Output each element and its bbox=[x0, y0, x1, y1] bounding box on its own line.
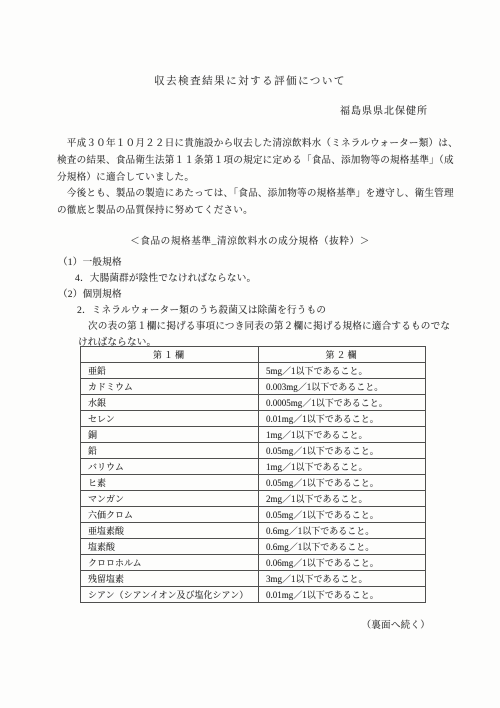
limit-cell: 3mg／1以下であること。 bbox=[259, 571, 426, 587]
limit-cell: 0.05mg／1以下であること。 bbox=[259, 443, 426, 459]
table-row: 水銀 0.0005mg／1以下であること。 bbox=[81, 395, 426, 411]
paragraph1-line3: 分規格）に適合していました。 bbox=[57, 172, 194, 184]
issuing-organization: 福島県県北保健所 bbox=[340, 106, 428, 118]
table-row: 亜鉛 5mg／1以下であること。 bbox=[81, 363, 426, 379]
column-header-substance: 第１欄 bbox=[81, 347, 259, 363]
paragraph2-line2: の徹底と製品の品質保持に努めてください。 bbox=[57, 205, 253, 217]
table-row: シアン（シアンイオン及び塩化シアン） 0.01mg／1以下であること。 bbox=[81, 587, 426, 603]
substance-cell: 亜鉛 bbox=[81, 363, 259, 379]
component-spec-table: 第１欄 第２欄 亜鉛 5mg／1以下であること。 カドミウム 0.003mg／1… bbox=[80, 346, 426, 603]
table-row: 鉛 0.05mg／1以下であること。 bbox=[81, 443, 426, 459]
limit-cell: 0.05mg／1以下であること。 bbox=[259, 507, 426, 523]
paragraph2-line1: 今後とも、製品の製造にあたっては、「食品、添加物等の規格基準」を遵守し、衛生管理 bbox=[57, 188, 454, 200]
individual-spec-item: 2．ミネラルウォーター類のうち殺菌又は除菌を行うもの bbox=[77, 305, 326, 317]
substance-cell: 六価クロム bbox=[81, 507, 259, 523]
section-heading: ＜食品の規格基準_清涼飲料水の成分規格（抜粋）＞ bbox=[0, 236, 500, 248]
substance-cell: 水銀 bbox=[81, 395, 259, 411]
general-spec-item: 4．大腸菌群が陰性でなければならない。 bbox=[75, 273, 256, 285]
table-row: セレン 0.01mg／1以下であること。 bbox=[81, 411, 426, 427]
limit-cell: 1mg／1以下であること。 bbox=[259, 459, 426, 475]
table-row: 亜塩素酸 0.6mg／1以下であること。 bbox=[81, 523, 426, 539]
table-row: 銅 1mg／1以下であること。 bbox=[81, 427, 426, 443]
limit-cell: 0.6mg／1以下であること。 bbox=[259, 539, 426, 555]
limit-cell: 0.6mg／1以下であること。 bbox=[259, 523, 426, 539]
document-title: 収去検査結果に対する評価について bbox=[0, 76, 500, 88]
table-row: クロロホルム 0.06mg／1以下であること。 bbox=[81, 555, 426, 571]
substance-cell: ヒ素 bbox=[81, 475, 259, 491]
limit-cell: 0.05mg／1以下であること。 bbox=[259, 475, 426, 491]
paragraph1-line2: 検査の結果、食品衛生法第１１条第１項の規定に定める「食品、添加物等の規格基準」（… bbox=[57, 155, 454, 167]
substance-cell: 亜塩素酸 bbox=[81, 523, 259, 539]
limit-cell: 1mg／1以下であること。 bbox=[259, 427, 426, 443]
limit-cell: 0.01mg／1以下であること。 bbox=[259, 411, 426, 427]
limit-cell: 0.0005mg／1以下であること。 bbox=[259, 395, 426, 411]
limit-cell: 0.06mg／1以下であること。 bbox=[259, 555, 426, 571]
individual-spec-note-line1: 次の表の第１欄に掲げる事項につき同表の第２欄に掲げる規格に適合するものでな bbox=[88, 321, 450, 333]
table-row: 六価クロム 0.05mg／1以下であること。 bbox=[81, 507, 426, 523]
table-row: カドミウム 0.003mg／1以下であること。 bbox=[81, 379, 426, 395]
limit-cell: 0.01mg／1以下であること。 bbox=[259, 587, 426, 603]
limit-cell: 0.003mg／1以下であること。 bbox=[259, 379, 426, 395]
individual-spec-label: （2）個別規格 bbox=[58, 289, 122, 301]
table-row: 残留塩素 3mg／1以下であること。 bbox=[81, 571, 426, 587]
substance-cell: バリウム bbox=[81, 459, 259, 475]
substance-cell: セレン bbox=[81, 411, 259, 427]
substance-cell: カドミウム bbox=[81, 379, 259, 395]
substance-cell: 残留塩素 bbox=[81, 571, 259, 587]
limit-cell: 2mg／1以下であること。 bbox=[259, 491, 426, 507]
substance-cell: クロロホルム bbox=[81, 555, 259, 571]
substance-cell: シアン（シアンイオン及び塩化シアン） bbox=[81, 587, 259, 603]
substance-cell: 塩素酸 bbox=[81, 539, 259, 555]
table-row: マンガン 2mg／1以下であること。 bbox=[81, 491, 426, 507]
table-row: 塩素酸 0.6mg／1以下であること。 bbox=[81, 539, 426, 555]
paragraph1-line1: 平成３０年１０月２２日に貴施設から収去した清涼飲料水（ミネラルウォーター類）は、 bbox=[57, 138, 458, 150]
limit-cell: 5mg／1以下であること。 bbox=[259, 363, 426, 379]
general-spec-label: （1）一般規格 bbox=[58, 257, 122, 269]
substance-cell: マンガン bbox=[81, 491, 259, 507]
column-header-limit: 第２欄 bbox=[259, 347, 426, 363]
table-row: ヒ素 0.05mg／1以下であること。 bbox=[81, 475, 426, 491]
table-row: バリウム 1mg／1以下であること。 bbox=[81, 459, 426, 475]
scanned-document-page: 収去検査結果に対する評価について 福島県県北保健所 平成３０年１０月２２日に貴施… bbox=[0, 0, 500, 708]
continues-on-back-note: （裏面へ続く） bbox=[361, 620, 430, 632]
substance-cell: 銅 bbox=[81, 427, 259, 443]
table-header-row: 第１欄 第２欄 bbox=[81, 347, 426, 363]
substance-cell: 鉛 bbox=[81, 443, 259, 459]
